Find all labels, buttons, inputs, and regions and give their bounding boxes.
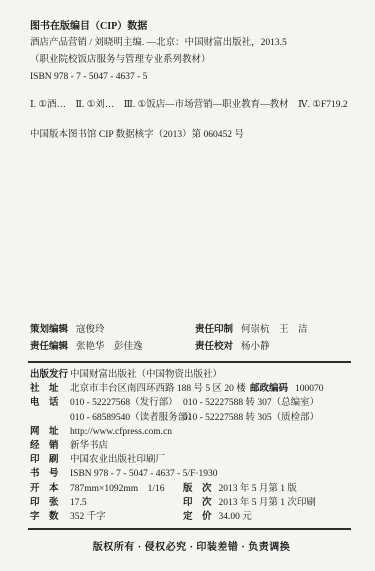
pub-edition: 版 次2013 年 5 月第 1 版 [183,482,297,496]
pub-label: 出版发行 [30,368,70,382]
pub-value: 中国财富出版社（中国物资出版社） [70,370,222,380]
pub-row-format-edition: 开 本787mm×1092mm 1/16 版 次2013 年 5 月第 1 版 [30,482,353,496]
pub-label: 开 本 [30,482,70,496]
pub-row-phone-1: 电 话010 - 52227568（发行部） 010 - 52227588 转 … [30,396,353,410]
pub-label: 印 张 [30,496,70,510]
pub-value-secondary: 010 - 52227588 转 307（总编室） [183,396,319,410]
copyright-notice: 版权所有 · 侵权必究 · 印装差错 · 负责调换 [30,538,353,553]
cip-isbn-line: ISBN 978 - 7 - 5047 - 4637 - 5 [30,69,353,86]
pub-label: 经 销 [30,439,70,453]
pub-value: 34.00 元 [219,512,252,522]
editor-role-label: 责任校对 [195,342,233,352]
pub-value: ISBN 978 - 7 - 5047 - 4637 - 5/F·1930 [70,469,218,479]
pub-label: 电 话 [30,396,70,410]
pub-value: 北京市丰台区南四环西路 188 号 5 区 20 楼 [70,384,246,394]
pub-postal-code: 邮政编码100070 [250,382,324,396]
editors-row: 责任编辑张艳华 彭佳逸 责任校对杨小静 [30,339,353,356]
pub-value: 352 千字 [70,512,106,522]
pub-label: 社 址 [30,382,70,396]
pub-row-phone-2: 010 - 68589540（读者服务部） 010 - 52227588 转 3… [30,411,353,425]
pub-row-sheets-impression: 印 张17.5 印 次2013 年 5 月第 1 次印刷 [30,496,353,510]
pub-label: 版 次 [183,484,212,494]
pub-label: 印 次 [183,498,212,508]
editors-row-right: 责任校对杨小静 [195,339,270,356]
editor-name: 张艳华 彭佳逸 [76,342,143,352]
divider-rule-top [28,361,351,363]
cip-section: 图书在版编目（CIP）数据 酒店产品营销 / 刘晓明主编. —北京：中国财富出版… [30,18,353,144]
pub-row-printer: 印 刷中国农业出版社印刷厂 [30,453,353,467]
pub-row-website: 网 址http://www.cfpress.com.cn [30,425,353,439]
pub-value: 新华书店 [70,441,108,451]
editor-name: 寇俊玲 [76,325,105,335]
divider-rule-bottom [28,528,351,530]
cip-classification-line: Ⅰ. ①酒… Ⅱ. ①刘… Ⅲ. ①饭店—市场营销—职业教育—教材 Ⅳ. ①F7… [30,97,353,114]
pub-value: 787mm×1092mm 1/16 [70,484,165,494]
editor-role-label: 责任印制 [195,325,233,335]
pub-impression: 印 次2013 年 5 月第 1 次印刷 [183,496,316,510]
cip-series-line: （职业院校饭店服务与管理专业系列教材） [30,52,353,69]
pub-row-distributor: 经 销新华书店 [30,439,353,453]
pub-value: 2013 年 5 月第 1 次印刷 [219,498,316,508]
pub-label: 定 价 [183,512,212,522]
editors-row-right: 责任印制何崇杭 王 洁 [195,322,308,339]
pub-row-book-number: 书 号ISBN 978 - 7 - 5047 - 4637 - 5/F·1930 [30,467,353,481]
pub-value: 中国农业出版社印刷厂 [70,455,165,465]
cip-title-line: 酒店产品营销 / 刘晓明主编. —北京：中国财富出版社，2013.5 [30,35,353,52]
pub-value: 17.5 [70,498,87,508]
pub-row-address: 社 址北京市丰台区南四环西路 188 号 5 区 20 楼 邮政编码100070 [30,382,353,396]
pub-value-secondary: 010 - 52227588 转 305（质检部） [183,411,319,425]
pub-value: 010 - 68589540（读者服务部） [70,413,197,423]
pub-label: 书 号 [30,467,70,481]
editors-section: 策划编辑寇俊玲 责任印制何崇杭 王 洁 责任编辑张艳华 彭佳逸 责任校对杨小静 [30,322,353,356]
pub-price: 定 价34.00 元 [183,510,252,524]
editor-role-label: 策划编辑 [30,325,68,335]
pub-value: 2013 年 5 月第 1 版 [219,484,297,494]
cip-record-line: 中国版本图书馆 CIP 数据核字（2013）第 060452 号 [30,127,353,144]
cip-heading: 图书在版编目（CIP）数据 [30,18,353,35]
pub-label: 网 址 [30,425,70,439]
pub-row-wordcount-price: 字 数352 千字 定 价34.00 元 [30,510,353,524]
pub-label: 字 数 [30,510,70,524]
publication-section: 出版发行中国财富出版社（中国物资出版社） 社 址北京市丰台区南四环西路 188 … [30,368,353,524]
pub-value: 010 - 52227568（发行部） [70,398,178,408]
copyright-page: 图书在版编目（CIP）数据 酒店产品营销 / 刘晓明主编. —北京：中国财富出版… [0,0,375,571]
pub-row-publisher: 出版发行中国财富出版社（中国物资出版社） [30,368,353,382]
editor-name: 何崇杭 王 洁 [241,325,308,335]
pub-value-url: http://www.cfpress.com.cn [70,427,172,437]
pub-value: 100070 [295,384,324,394]
editors-row: 策划编辑寇俊玲 责任印制何崇杭 王 洁 [30,322,353,339]
editor-role-label: 责任编辑 [30,342,68,352]
pub-label: 邮政编码 [250,384,288,394]
editor-name: 杨小静 [241,342,270,352]
pub-label: 印 刷 [30,453,70,467]
